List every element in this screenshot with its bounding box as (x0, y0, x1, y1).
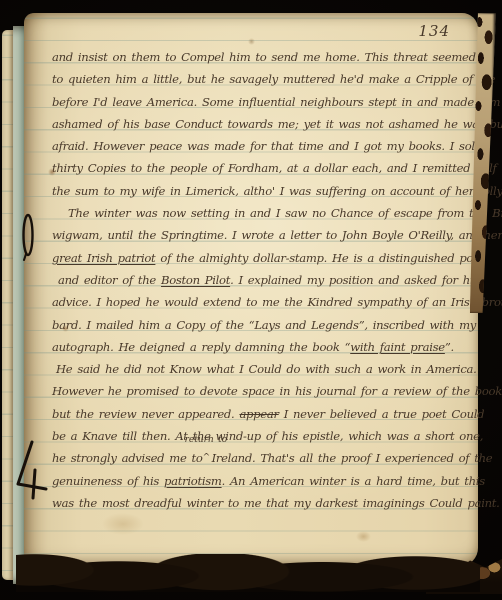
manuscript-line: ashamed of his base Conduct towards me; … (52, 113, 474, 135)
manuscript-text: and insist on them to Compel him to send… (52, 46, 474, 514)
binding-stitch-icon (18, 210, 38, 264)
manuscript-line: be a Knave till then. At the wind-up of … (52, 425, 474, 447)
inserted-text: return to^ (203, 451, 212, 463)
manuscript-line: was the most dreadful winter to me that … (52, 492, 474, 514)
manuscript-line: before I'd leave America. Some influenti… (52, 91, 474, 113)
manuscript-line: autograph. He deigned a reply damning th… (52, 336, 474, 358)
paper-stain (102, 513, 144, 535)
manuscript-line: He said he did not Know what I Could do … (52, 358, 474, 380)
insert-caret-icon: ^ (203, 447, 210, 469)
manuscript-line: great Irish patriot of the almighty doll… (52, 247, 474, 269)
manuscript-line: the sum to my wife in Limerick, altho' I… (52, 180, 474, 202)
paper-stain (356, 531, 371, 542)
manuscript-line: advice. I hoped he would extend to me th… (52, 291, 474, 313)
manuscript-line: and editor of the Boston Pilot. I explai… (52, 269, 474, 291)
paper-stain (248, 38, 255, 45)
manuscript-line: but the review never appeared. appear I … (52, 403, 474, 425)
page-number: 134 (418, 22, 450, 40)
manuscript-line: genuineness of his patriotism. An Americ… (52, 470, 474, 492)
binding-wire-icon (8, 438, 54, 504)
manuscript-line: wigwam, until the Springtime. I wrote a … (52, 224, 474, 246)
manuscript-line: he strongly advised me toreturn to^Irela… (52, 447, 474, 469)
manuscript-line: thirty Copies to the people of Fordham, … (52, 157, 474, 179)
manuscript-page: 134 and insist on them to Compel him to … (24, 13, 478, 566)
manuscript-line: to quieten him a little, but he savagely… (52, 68, 474, 90)
manuscript-line: and insist on them to Compel him to send… (52, 46, 474, 68)
manuscript-line: bard. I mailed him a Copy of the “Lays a… (52, 314, 474, 336)
manuscript-line: afraid. However peace was made for that … (52, 135, 474, 157)
photographed-notebook: 134 and insist on them to Compel him to … (0, 0, 502, 600)
manuscript-line: The winter was now setting in and I saw … (52, 202, 474, 224)
manuscript-line: However he promised to devote space in h… (52, 380, 474, 402)
